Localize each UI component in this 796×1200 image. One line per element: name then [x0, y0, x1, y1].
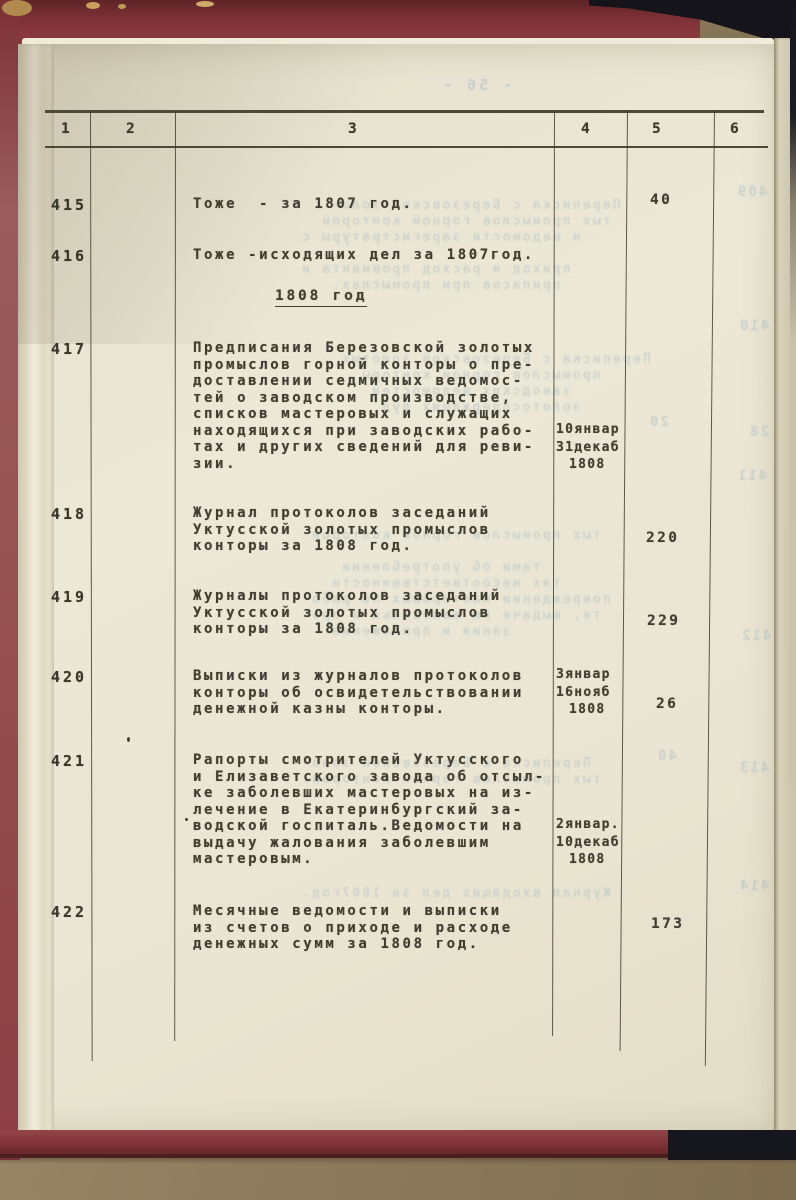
row-number: 417	[51, 340, 87, 358]
row-sheet-count: 26	[656, 696, 678, 712]
row-description-line: лечение в Екатеринбургский за-	[193, 802, 558, 819]
header-cell: 6	[730, 121, 740, 137]
row-description-line: доставлении седмичных ведомос-	[193, 373, 558, 390]
bleed-margin-number: 20	[648, 414, 669, 430]
bleed-fragment: и ведомости зарегистратуры с	[300, 230, 581, 245]
row-description-line: находящихся при заводских рабо-	[193, 423, 558, 440]
row-date-line: 10январ	[556, 421, 620, 439]
row-date-line: 1808	[556, 456, 620, 474]
bleed-fragment: Журнал входящих дел за 1807год.	[300, 886, 611, 901]
row-description-line: Журналы протоколов заседаний	[193, 588, 558, 605]
row-description: Тоже - за 1807 год.	[193, 196, 558, 213]
table-header-rule	[45, 146, 768, 148]
row-dates: 3январ16нояб1808	[556, 666, 611, 719]
row-description-line: Уктусской золотых промыслов	[193, 522, 558, 539]
bleed-margin-number: 409	[736, 184, 767, 200]
row-description: Тоже -исходящих дел за 1807год.	[193, 247, 558, 264]
row-date-line: 16нояб	[556, 684, 611, 702]
row-date-line: 10декаб	[556, 834, 620, 852]
scanned-inventory-page: - 56 - Переписка с Березовской золо-тых …	[0, 0, 796, 1200]
cover-damage-spot	[196, 1, 214, 7]
row-sheet-count: 220	[646, 530, 679, 546]
bleed-margin-number: 40	[656, 748, 677, 764]
row-date-line: 3январ	[556, 666, 611, 684]
row-description-line: Предписания Березовской золотых	[193, 340, 558, 357]
row-description-line: и Елизаветского завода об отсыл-	[193, 769, 558, 786]
row-description-line: тах и других сведений для реви-	[193, 439, 558, 456]
row-description-line: конторы за 1808 год.	[193, 621, 558, 638]
bleed-fragment: тых промыслов горной конторой	[320, 214, 611, 229]
row-number: 419	[51, 588, 87, 606]
row-description-line: мастеровым.	[193, 851, 558, 868]
header-cell: 1	[61, 121, 71, 137]
stray-comma-mark	[127, 737, 130, 742]
table-top-rule	[45, 110, 764, 113]
row-number: 421	[51, 752, 87, 770]
header-cell: 4	[581, 121, 591, 137]
row-sheet-count: 229	[647, 613, 680, 629]
row-description-line: выдачу жалования заболевшим	[193, 835, 558, 852]
bleed-margin-number: 412	[740, 628, 771, 644]
row-description-line: тей о заводском производстве,	[193, 390, 558, 407]
row-description-line: Рапорты смотрителей Уктусского	[193, 752, 558, 769]
row-description-line: Тоже - за 1807 год.	[193, 196, 558, 213]
row-description: Журнал протоколов заседанийУктусской зол…	[193, 505, 558, 555]
bleed-fragment: тами об употреблении	[340, 560, 541, 575]
bleed-margin-number: 410	[738, 318, 769, 334]
row-number: 422	[51, 903, 87, 921]
row-description-line: зии.	[193, 456, 558, 473]
row-date-line: 1808	[556, 701, 611, 719]
cover-damage-spot	[2, 0, 32, 16]
row-description-line: денежных сумм за 1808 год.	[193, 936, 558, 953]
row-description-line: Месячные ведомости и выписки	[193, 903, 558, 920]
row-description: Выписки из журналов протоколовконторы об…	[193, 668, 558, 718]
row-date-line: 1808	[556, 851, 620, 869]
bleed-fragment: приход и расход провианта и	[300, 262, 571, 277]
row-description-line: Журнал протоколов заседаний	[193, 505, 558, 522]
row-number: 415	[51, 196, 87, 214]
bleed-margin-number: 411	[736, 468, 767, 484]
header-cell: 2	[126, 121, 136, 137]
row-description-line: Выписки из журналов протоколов	[193, 668, 558, 685]
row-date-line: 31декаб	[556, 439, 620, 457]
right-edge-sliver	[790, 0, 796, 1140]
bleed-margin-number: 414	[738, 878, 769, 894]
row-sheet-count: 40	[650, 192, 672, 208]
row-number: 416	[51, 247, 87, 265]
row-description: Рапорты смотрителей Уктусскогои Елизавет…	[193, 752, 558, 868]
bleed-margin-number: 413	[738, 760, 769, 776]
section-heading-1808: 1808 год	[275, 288, 367, 307]
row-description: Месячные ведомости и выпискииз счетов о …	[193, 903, 558, 953]
row-date-line: 2январ.	[556, 816, 620, 834]
book-cover-left-edge	[0, 0, 20, 1160]
row-number: 418	[51, 505, 87, 523]
row-description-line: промыслов горной конторы о пре-	[193, 357, 558, 374]
book-shadow	[0, 1154, 796, 1164]
cover-damage-spot	[86, 2, 100, 9]
row-description-line: конторы об освидетельствовании	[193, 685, 558, 702]
row-description-line: водской госпиталь.Ведомости на	[193, 818, 558, 835]
header-cell: 5	[652, 121, 662, 137]
row-dates: 2январ.10декаб1808	[556, 816, 620, 869]
row-sheet-count: 173	[651, 916, 684, 932]
row-description-line: денежной казны конторы.	[193, 701, 558, 718]
header-cell: 3	[348, 121, 358, 137]
stray-dot-mark	[185, 818, 188, 821]
row-description-line: Тоже -исходящих дел за 1807год.	[193, 247, 558, 264]
bleed-page-number: - 56 -	[440, 76, 512, 94]
cover-damage-spot	[118, 4, 126, 9]
row-description-line: конторы за 1808 год.	[193, 538, 558, 555]
row-description-line: Уктусской золотых промыслов	[193, 605, 558, 622]
row-description: Журналы протоколов заседанийУктусской зо…	[193, 588, 558, 638]
page-right-edge	[774, 38, 790, 1136]
row-number: 420	[51, 668, 87, 686]
row-dates: 10январ31декаб1808	[556, 421, 620, 474]
row-description-line: из счетов о приходе и расходе	[193, 920, 558, 937]
row-description: Предписания Березовской золотыхпромыслов…	[193, 340, 558, 472]
row-description-line: ке заболевших мастеровых на из-	[193, 785, 558, 802]
row-description-line: списков мастеровых и служащих	[193, 406, 558, 423]
bleed-margin-number: 28	[748, 424, 769, 440]
